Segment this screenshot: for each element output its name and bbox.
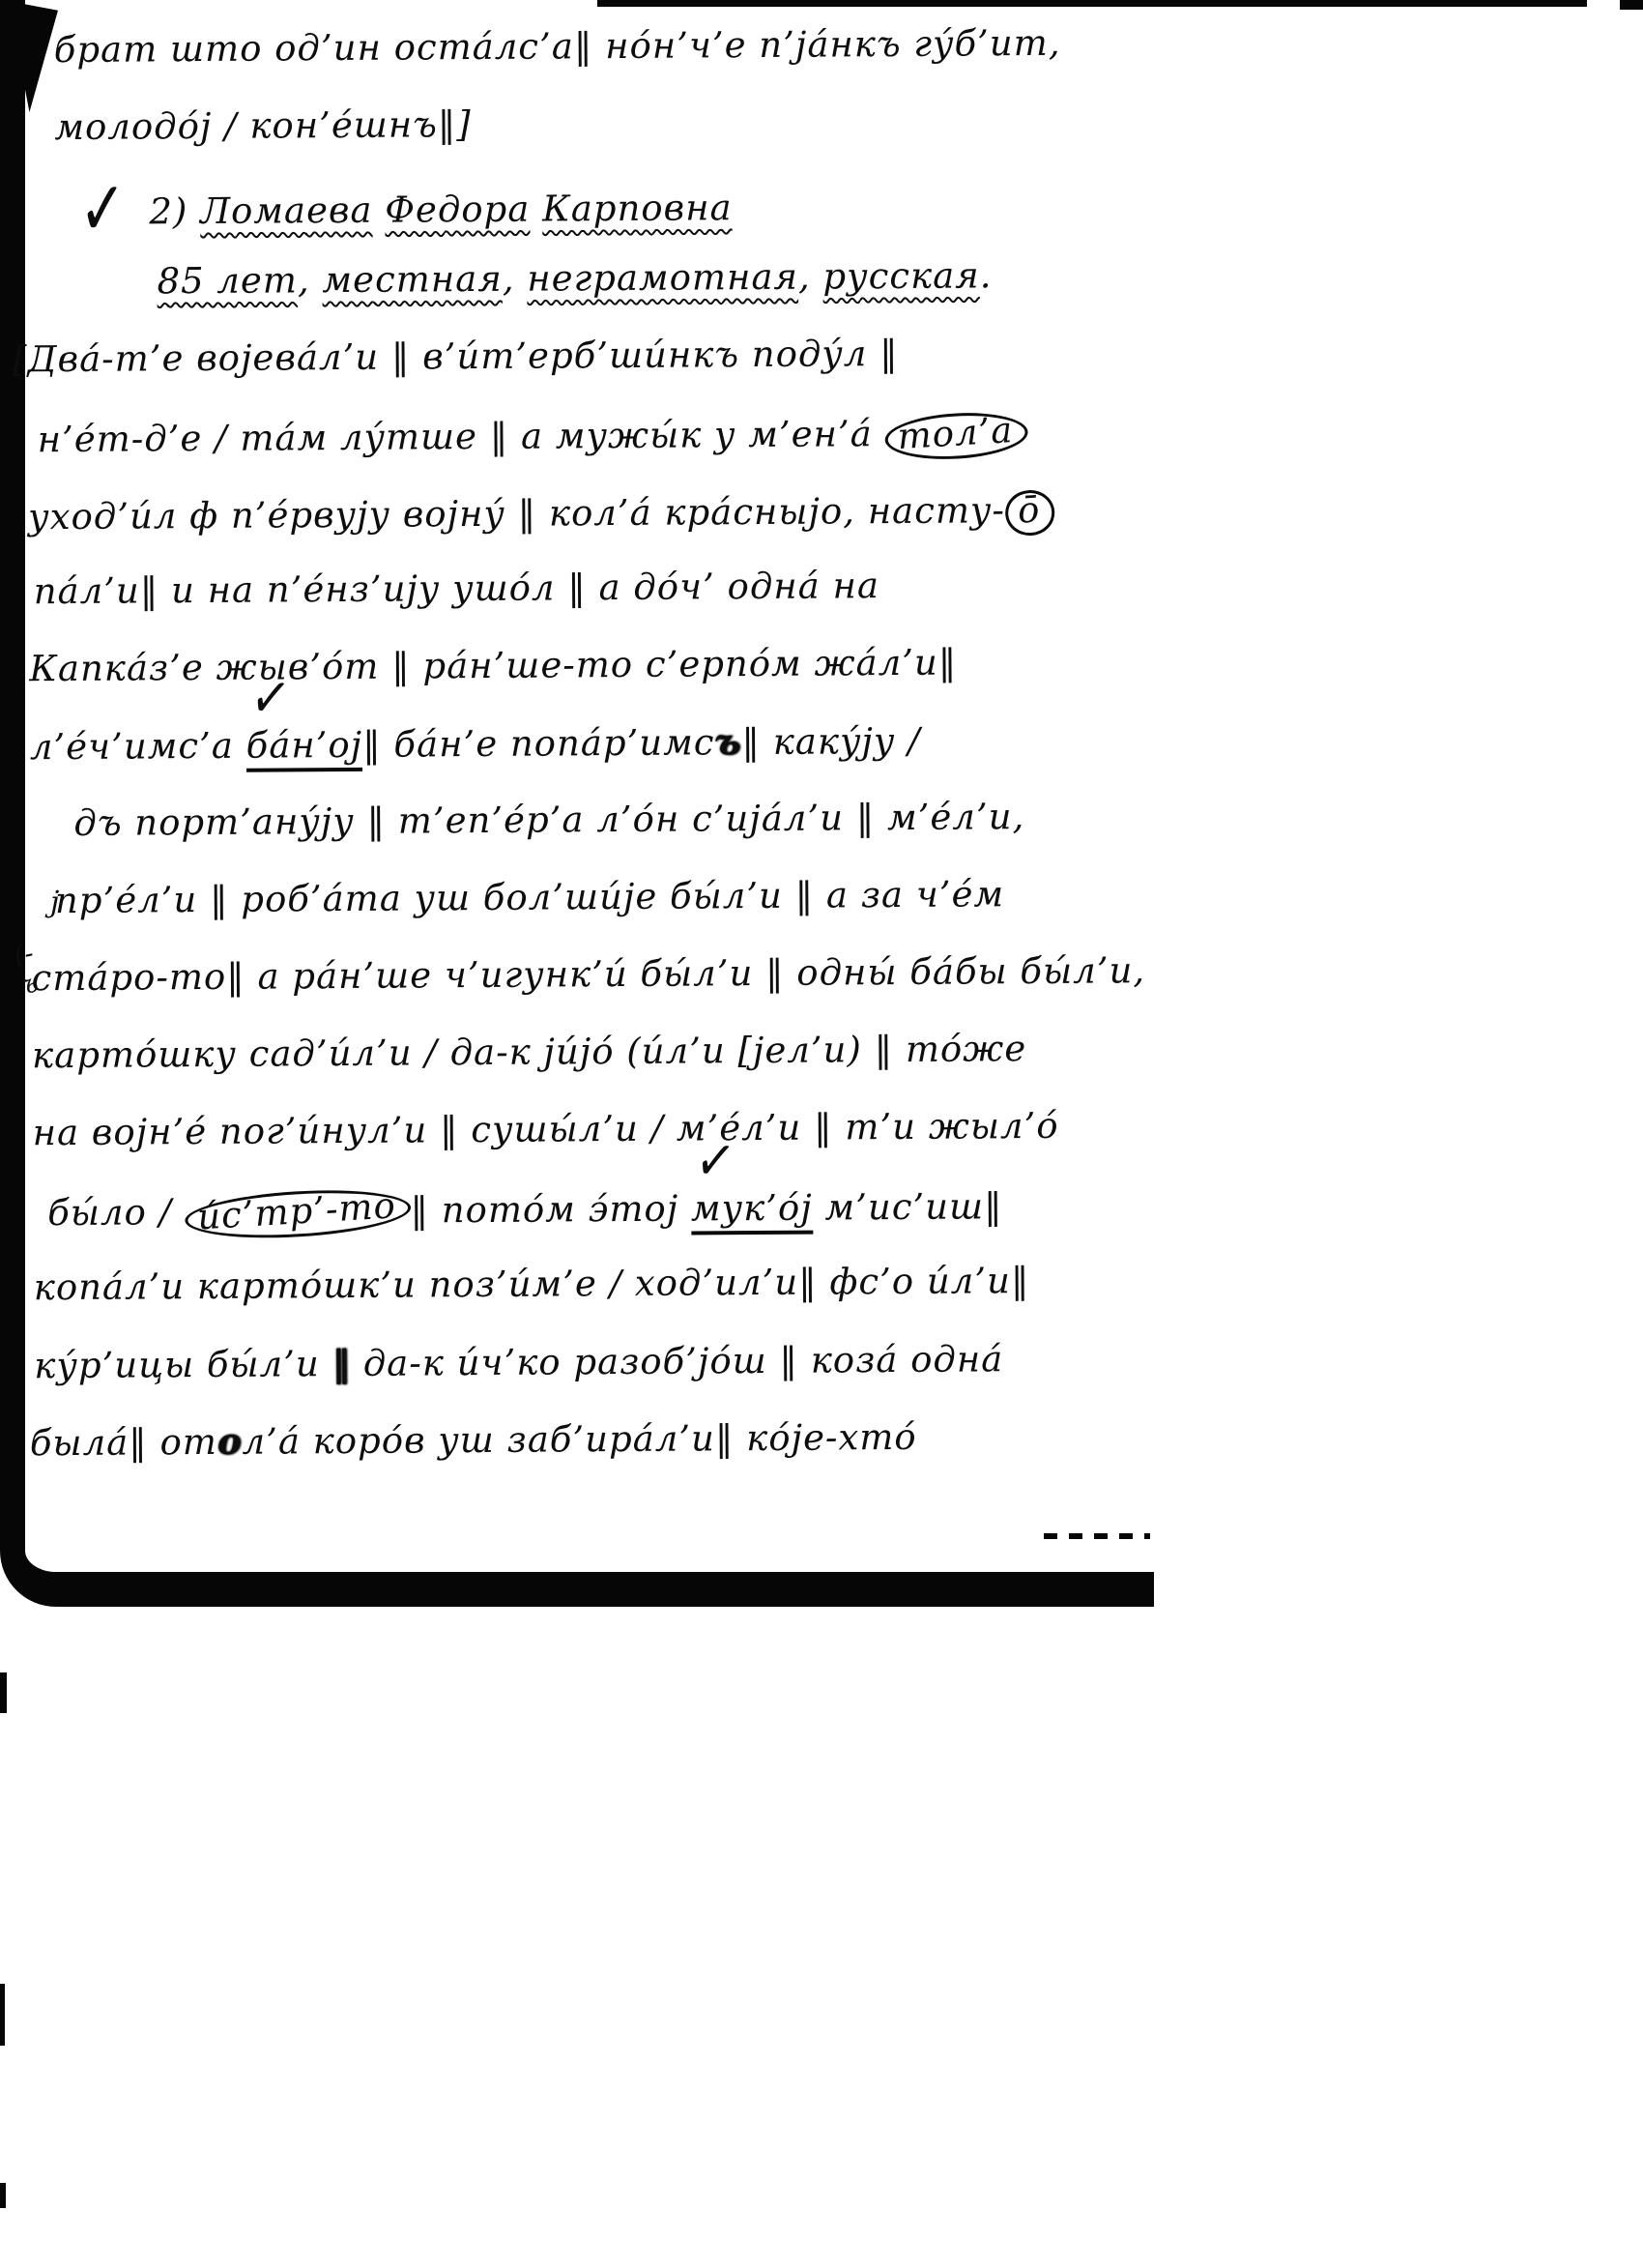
transcription-text: ‖ пото́м э́тој (410, 1187, 691, 1231)
transcription-bold-word: о (217, 1420, 243, 1463)
transcription-text: на војн’е́ пог’и́нул’и ‖ сушы́л’и / м’е́… (33, 1105, 1059, 1153)
transcription-wavy-word: местная (322, 258, 503, 301)
manuscript-line: брат што од’ин оста́лс’а‖ но́н’ч’е п’ја́… (54, 25, 1219, 68)
transcription-circled-word: о̄ (1004, 489, 1056, 538)
manuscript-line: ста́ро-то‖ а ра́н’ше ч’игунк’и́ бы́л’и ‖… (31, 953, 1225, 997)
transcription-text: бы́ло / (47, 1191, 185, 1234)
transcription-text: пр’е́л’и ‖ роб’а́та уш бол’ши́је бы́л’и … (55, 873, 1004, 921)
transcription-wavy-word: Карповна (542, 187, 733, 229)
manuscript-line: н’е́т-д’е / та́м лу́тше ‖ а мужы́к у м’е… (38, 412, 1222, 455)
transcription-text: , (798, 256, 823, 298)
manuscript-line: копа́л’и карто́шк’и поз’и́м’е / ход’ил’и… (34, 1263, 1227, 1306)
manuscript-line: [Два́-т’е војева́л’и ‖ в’и́т’ерб’ши́нкъ … (13, 334, 1221, 378)
transcription-text: н’е́т-д’е / та́м лу́тше ‖ а мужы́к у м’е… (37, 413, 884, 460)
manuscript-line: л’е́ч’имс’а ба́н’ој✓‖ ба́н’е попа́р’имсъ… (30, 721, 1224, 765)
manuscript-line: уход’и́л ф п’е́рвују војну́ ‖ кол’а́ кра… (28, 489, 1222, 533)
transcription-text: брат што од’ин оста́лс’а‖ но́н’ч’е п’ја́… (54, 22, 1061, 71)
transcription-bold-word: ‖ (331, 1342, 351, 1384)
transcription-text: 2) (136, 190, 200, 232)
transcription-text: дъ порт’ану́ју ‖ т’еп’е́р’а л’о́н с’ија́… (73, 796, 1024, 844)
manuscript-line: ✓ 2) Ломаева Федора Карповна (79, 180, 1220, 222)
manuscript-line: 85 лет, местная, неграмотная, русская. (157, 257, 1220, 300)
scan-speck (0, 1984, 5, 2046)
check-mark-icon: ✓ (693, 1135, 738, 1186)
transcription-text: да-к и́ч’ко разоб’јо́ш ‖ коза́ одна́ (351, 1338, 1004, 1384)
transcription-text: ‖ каку́ју / (741, 720, 920, 763)
transcription-text: [Два́-т’е војева́л’и ‖ в’и́т’ерб’ши́нкъ … (13, 333, 899, 380)
scan-speck (0, 2183, 6, 2208)
transcription-text: уход’и́л ф п’е́рвују војну́ ‖ кол’а́ кра… (28, 489, 1005, 538)
transcription-wavy-word: Федора (385, 189, 530, 231)
scan-edge-top-right-mark (1620, 0, 1643, 10)
check-mark-icon: ✓ (79, 185, 128, 232)
manuscript-line: бы́ло / и́с’тр’-то‖ пото́м э́тој мук’о́ј… (47, 1185, 1226, 1229)
manuscript-line: карто́шку сад’и́л’и / да-к ји́јо́ (и́л’и… (32, 1031, 1225, 1074)
transcription-text: ку́р’ицы бы́л’и (34, 1343, 331, 1386)
transcription-text: м’ис’иш‖ (813, 1185, 1003, 1228)
transcription-wavy-word: Ломаева (200, 189, 373, 232)
manuscript-line: Капка́з’е жыв’о́т ‖ ра́н’ше-то с’ерпо́м … (29, 644, 1223, 687)
transcription-text: . (980, 254, 993, 296)
page-edge-bottom-fade (1044, 1533, 1150, 1539)
transcription-text: Капка́з’е жыв’о́т ‖ ра́н’ше-то с’ерпо́м … (29, 642, 957, 690)
transcription-ucheck-word: ба́н’ој✓ (246, 724, 363, 772)
manuscript-line: ку́р’ицы бы́л’и ‖ да-к и́ч’ко разоб’јо́ш… (34, 1340, 1227, 1383)
manuscript-text: брат што од’ин оста́лс’а‖ но́н’ч’е п’ја́… (11, 25, 1229, 1503)
manuscript-line: па́л’и‖ и на п’е́нз’ију ушо́л ‖ а до́ч’ … (34, 567, 1223, 610)
transcription-circled-word: и́с’тр’-то (184, 1184, 412, 1243)
check-mark-icon: ✓ (248, 672, 294, 723)
transcription-wavy-word: неграмотная (527, 256, 798, 300)
transcription-text: , (503, 258, 528, 300)
transcription-wavy-word: 85 лет (157, 259, 298, 302)
manuscript-line: на војн’е́ пог’и́нул’и ‖ сушы́л’и / м’е́… (33, 1108, 1226, 1151)
transcription-text: молодо́ј / кон’е́шнъ‖] (54, 103, 472, 148)
transcription-bold-word: ъ (714, 720, 741, 763)
transcription-text: ста́ро-то‖ а ра́н’ше ч’игунк’и́ бы́л’и ‖… (31, 949, 1145, 999)
manuscript-line: дъ порт’ану́ју ‖ т’еп’е́р’а л’о́н с’ија́… (73, 799, 1224, 841)
transcription-text: л’а́ коро́в уш заб’ира́л’и‖ ко́је-хто́ (242, 1416, 916, 1463)
transcription-text: л’е́ч’имс’а (30, 725, 246, 769)
transcription-text: копа́л’и карто́шк’и поз’и́м’е / ход’ил’и… (34, 1260, 1030, 1308)
scan-speck (0, 1672, 7, 1713)
transcription-text: ‖ ба́н’е попа́р’имс (362, 721, 715, 766)
transcription-circled-word: тол’а (883, 409, 1028, 463)
transcription-text: карто́шку сад’и́л’и / да-к ји́јо́ (и́л’и… (32, 1028, 1026, 1076)
transcription-text (530, 189, 542, 230)
transcription-text: па́л’и‖ и на п’е́нз’ију ушо́л ‖ а до́ч’ … (34, 565, 879, 612)
manuscript-line: пр’е́л’и ‖ роб’а́та уш бол’ши́је бы́л’и … (55, 876, 1225, 918)
scan-edge-top-line (597, 0, 1587, 7)
manuscript-line: молодо́ј / кон’е́шнъ‖] (54, 102, 1219, 145)
transcription-ucheck-word: мук’о́ј✓ (691, 1187, 813, 1236)
transcription-text (372, 189, 385, 231)
transcription-text: была́‖ от (30, 1421, 217, 1464)
transcription-text: , (298, 259, 323, 301)
manuscript-line: была́‖ отол’а́ коро́в уш заб’ира́л’и‖ ко… (30, 1417, 1228, 1461)
transcription-wavy-word: русская (822, 254, 980, 297)
